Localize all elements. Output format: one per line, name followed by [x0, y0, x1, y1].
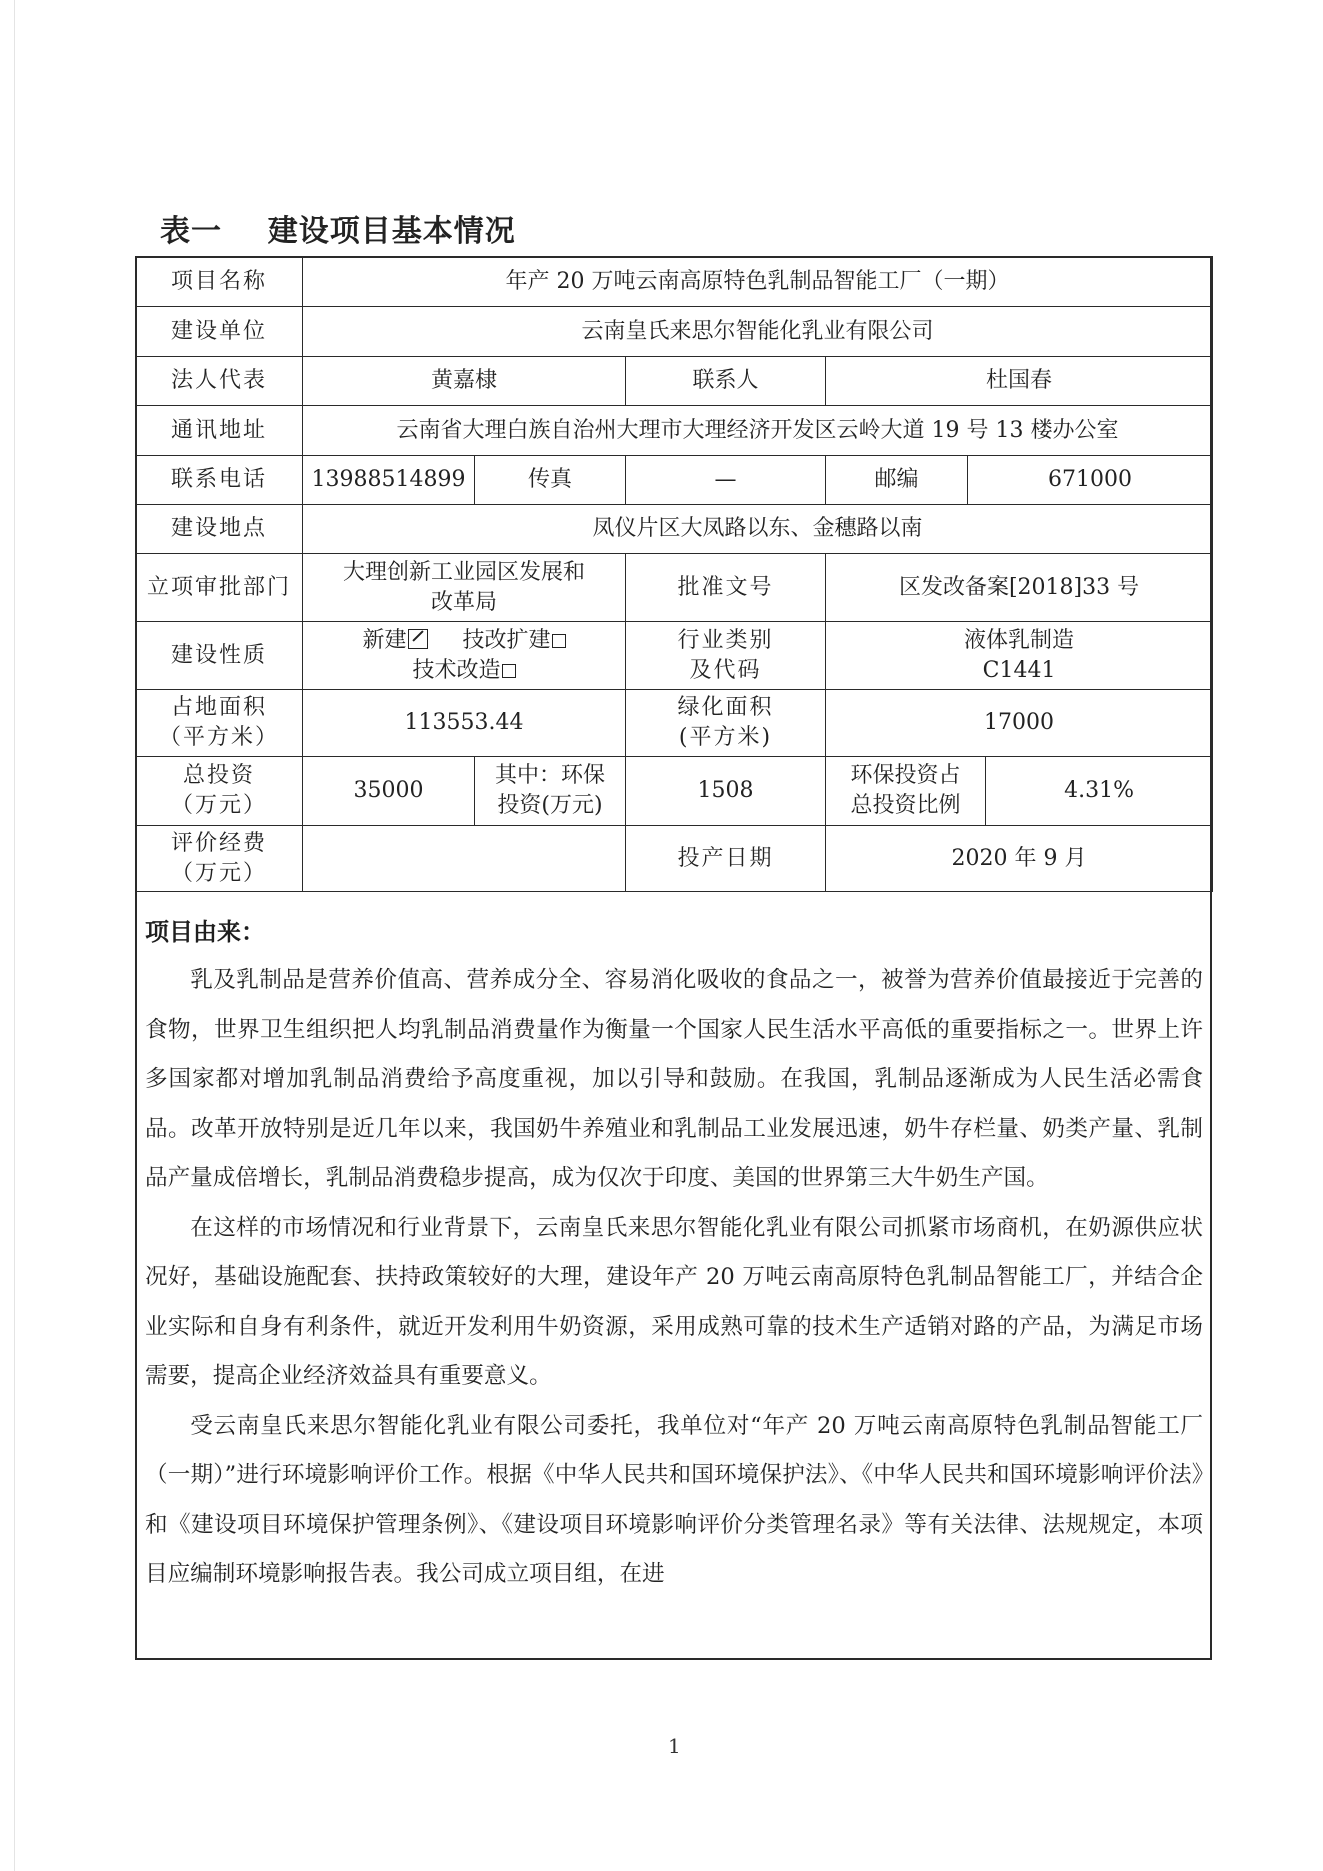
industry-label-line1: 行业类别	[630, 626, 821, 656]
label-contact: 联系人	[626, 357, 826, 406]
value-project-name: 年产 20 万吨云南高原特色乳制品智能工厂（一期）	[303, 257, 1213, 307]
project-origin-section: 项目由来： 乳及乳制品是营养价值高、营养成分全、容易消化吸收的食品之一，被誉为营…	[137, 893, 1210, 1600]
area-label-line2: （平方米）	[140, 723, 298, 753]
label-green-area: 绿化面积 (平方米)	[626, 690, 826, 757]
value-assessment-fee	[303, 826, 626, 892]
green-label-line1: 绿化面积	[630, 693, 821, 723]
row-phone: 联系电话 13988514899 传真 — 邮编 671000	[136, 456, 1213, 505]
value-legal-rep: 黄嘉棣	[303, 357, 626, 406]
label-env-investment: 其中：环保 投资(万元)	[475, 757, 626, 826]
value-approval-doc: 区发改备案[2018]33 号	[826, 554, 1213, 622]
value-production-date: 2020 年 9 月	[826, 826, 1213, 892]
label-location: 建设地点	[136, 505, 303, 554]
value-green-area: 17000	[826, 690, 1213, 757]
value-phone: 13988514899	[303, 456, 475, 505]
value-location: 凤仪片区大凤路以东、金穗路以南	[303, 505, 1213, 554]
investment-label-line1: 总投资	[140, 761, 298, 791]
row-area: 占地面积 （平方米） 113553.44 绿化面积 (平方米) 17000	[136, 690, 1213, 757]
ratio-label-line1: 环保投资占	[830, 761, 981, 791]
investment-label-line2: （万元）	[140, 791, 298, 821]
row-project-name: 项目名称 年产 20 万吨云南高原特色乳制品智能工厂（一期）	[136, 257, 1213, 307]
row-approval: 立项审批部门 大理创新工业园区发展和 改革局 批准文号 区发改备案[2018]3…	[136, 554, 1213, 622]
row-legal-rep: 法人代表 黄嘉棣 联系人 杜国春	[136, 357, 1213, 406]
row-location: 建设地点 凤仪片区大凤路以东、金穗路以南	[136, 505, 1213, 554]
option-new-label: 新建	[363, 628, 407, 653]
value-investment: 35000	[303, 757, 475, 826]
env-label-line1: 其中：环保	[479, 761, 621, 791]
label-area: 占地面积 （平方米）	[136, 690, 303, 757]
paragraph-2: 在这样的市场情况和行业背景下，云南皇氏来思尔智能化乳业有限公司抓紧市场商机，在奶…	[145, 1204, 1203, 1402]
value-address: 云南省大理白族自治州大理市大理经济开发区云岭大道 19 号 13 楼办公室	[303, 406, 1213, 456]
row-nature: 建设性质 新建 技改扩建 技术改造 行业类别 及代码 液体乳制造 C1441	[136, 622, 1213, 690]
page-title: 表一 建设项目基本情况	[160, 206, 516, 250]
value-industry: 液体乳制造 C1441	[826, 622, 1213, 690]
label-approval-dept: 立项审批部门	[136, 554, 303, 622]
checkbox-expansion-icon[interactable]	[552, 634, 566, 648]
value-postcode: 671000	[968, 456, 1213, 505]
assessment-label-line2: （万元）	[140, 859, 298, 889]
label-env-ratio: 环保投资占 总投资比例	[826, 757, 986, 826]
project-info-table: 项目名称 年产 20 万吨云南高原特色乳制品智能工厂（一期） 建设单位 云南皇氏…	[135, 256, 1213, 892]
label-project-name: 项目名称	[136, 257, 303, 307]
row-builder: 建设单位 云南皇氏来思尔智能化乳业有限公司	[136, 307, 1213, 357]
label-investment: 总投资 （万元）	[136, 757, 303, 826]
paragraph-1: 乳及乳制品是营养价值高、营养成分全、容易消化吸收的食品之一，被誉为营养价值最接近…	[145, 956, 1203, 1204]
value-fax: —	[626, 456, 826, 505]
industry-value-line2: C1441	[830, 656, 1208, 686]
page-number: 1	[668, 1734, 681, 1758]
section-heading: 项目由来：	[145, 912, 1210, 956]
row-assessment: 评价经费 （万元） 投产日期 2020 年 9 月	[136, 826, 1213, 892]
label-industry: 行业类别 及代码	[626, 622, 826, 690]
label-assessment-fee: 评价经费 （万元）	[136, 826, 303, 892]
value-env-investment: 1508	[626, 757, 826, 826]
approval-dept-line1: 大理创新工业园区发展和	[307, 558, 621, 588]
option-expansion-label: 技改扩建	[462, 628, 550, 653]
value-env-ratio: 4.31%	[986, 757, 1213, 826]
label-approval-doc: 批准文号	[626, 554, 826, 622]
checkbox-new-checked-icon[interactable]	[408, 629, 428, 649]
approval-dept-line2: 改革局	[307, 588, 621, 618]
label-production-date: 投产日期	[626, 826, 826, 892]
env-label-line2: 投资(万元)	[479, 791, 621, 821]
label-builder: 建设单位	[136, 307, 303, 357]
label-fax: 传真	[475, 456, 626, 505]
paragraph-3: 受云南皇氏来思尔智能化乳业有限公司委托，我单位对“年产 20 万吨云南高原特色乳…	[145, 1402, 1203, 1600]
value-area: 113553.44	[303, 690, 626, 757]
green-label-line2: (平方米)	[630, 723, 821, 753]
label-nature: 建设性质	[136, 622, 303, 690]
area-label-line1: 占地面积	[140, 693, 298, 723]
value-contact: 杜国春	[826, 357, 1213, 406]
label-address: 通讯地址	[136, 406, 303, 456]
assessment-label-line1: 评价经费	[140, 829, 298, 859]
ratio-label-line2: 总投资比例	[830, 791, 981, 821]
value-builder: 云南皇氏来思尔智能化乳业有限公司	[303, 307, 1213, 357]
value-nature: 新建 技改扩建 技术改造	[303, 622, 626, 690]
industry-value-line1: 液体乳制造	[830, 626, 1208, 656]
label-postcode: 邮编	[826, 456, 968, 505]
checkbox-retrofit-icon[interactable]	[502, 664, 516, 678]
industry-label-line2: 及代码	[630, 656, 821, 686]
option-retrofit-label: 技术改造	[412, 658, 500, 683]
row-investment: 总投资 （万元） 35000 其中：环保 投资(万元) 1508 环保投资占 总…	[136, 757, 1213, 826]
row-address: 通讯地址 云南省大理白族自治州大理市大理经济开发区云岭大道 19 号 13 楼办…	[136, 406, 1213, 456]
scan-edge-line	[14, 0, 15, 1871]
label-phone: 联系电话	[136, 456, 303, 505]
value-approval-dept: 大理创新工业园区发展和 改革局	[303, 554, 626, 622]
label-legal-rep: 法人代表	[136, 357, 303, 406]
